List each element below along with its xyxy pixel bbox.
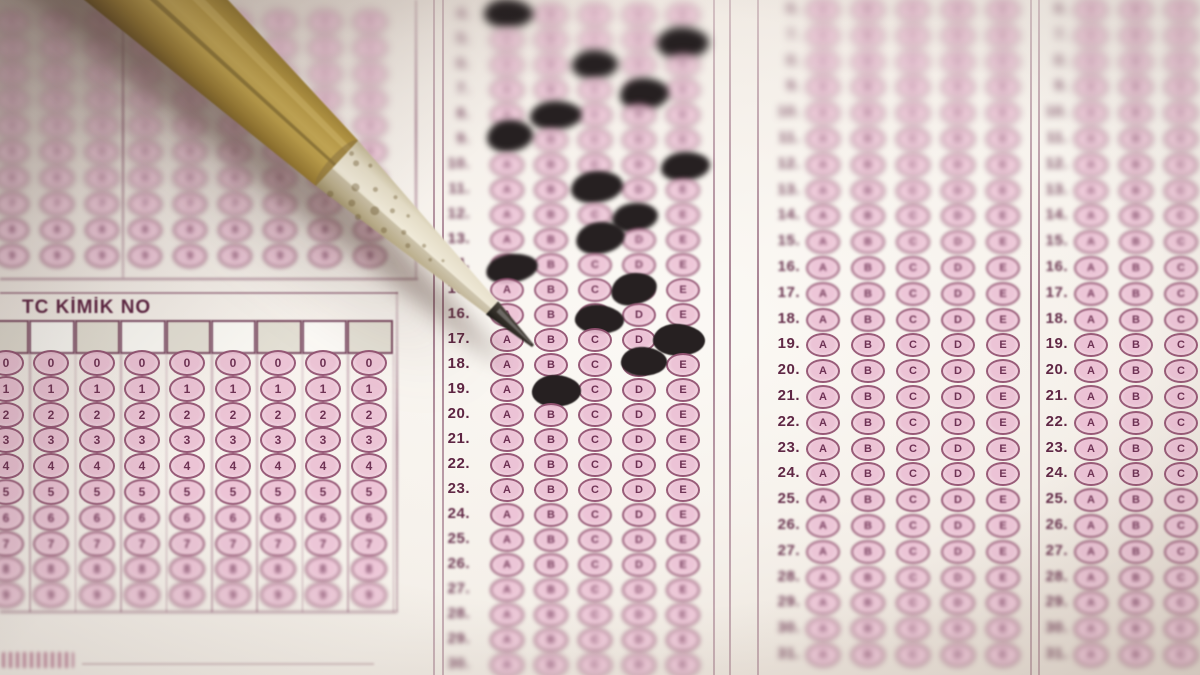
bubble-11-B: B (1119, 127, 1153, 151)
answer-row-number-16: 16. (1022, 258, 1068, 278)
column-divider (433, 0, 435, 675)
bubble-15-A: A (1074, 230, 1108, 254)
bubble-14-C: C (1164, 204, 1198, 228)
bubble-21-B: B (1119, 385, 1153, 409)
bubble-20-A: A (1074, 359, 1108, 383)
answer-row-30: 30.ABC (0, 616, 1200, 642)
answer-row-number-10: 10. (1022, 103, 1068, 123)
bubble-7-C: C (1164, 24, 1198, 48)
footer-rule-line (82, 663, 374, 665)
bubble-28-A: A (1074, 566, 1108, 590)
bubble-30-A: A (1074, 617, 1108, 641)
bubble-29-B: B (1119, 591, 1153, 615)
answer-row-19: 19.ABC (0, 332, 1200, 358)
answer-row-17: 17.ABC (0, 281, 1200, 307)
answer-row-number-11: 11. (1022, 129, 1068, 149)
bubble-28-C: C (1164, 566, 1198, 590)
bubble-25-B: B (1119, 488, 1153, 512)
bubble-21-C: C (1164, 385, 1198, 409)
answer-row-number-26: 26. (1022, 516, 1068, 536)
bubble-21-A: A (1074, 385, 1108, 409)
bubble-15-C: C (1164, 230, 1198, 254)
bubble-19-A: A (1074, 333, 1108, 357)
column-divider (1030, 0, 1032, 675)
bubble-30-B: B (1119, 617, 1153, 641)
answer-row-23: 23.ABC (0, 436, 1200, 462)
footer-print-illegible (2, 652, 74, 668)
bubble-22-A: A (1074, 411, 1108, 435)
answer-row-14: 14.ABC (0, 203, 1200, 229)
answer-row-26: 26.ABC (0, 513, 1200, 539)
answer-row-24: 24.ABC (0, 461, 1200, 487)
bubble-12-B: B (1119, 153, 1153, 177)
answer-row-25: 25.ABC (0, 487, 1200, 513)
bubble-11-A: A (1074, 127, 1108, 151)
answer-row-13: 13.ABC (0, 178, 1200, 204)
bubble-24-B: B (1119, 462, 1153, 486)
bubble-27-B: B (1119, 540, 1153, 564)
bubble-17-B: B (1119, 282, 1153, 306)
bubble-22-C: C (1164, 411, 1198, 435)
bubble-12-C: C (1164, 153, 1198, 177)
answer-row-6: 6.ABC (0, 0, 1200, 23)
bubble-23-A: A (1074, 437, 1108, 461)
answer-row-number-24: 24. (1022, 464, 1068, 484)
bubble-19-B: B (1119, 333, 1153, 357)
bubble-8-A: A (1074, 50, 1108, 74)
bubble-14-A: A (1074, 204, 1108, 228)
bubble-9-A: A (1074, 75, 1108, 99)
answer-row-number-9: 9. (1022, 77, 1068, 97)
bubble-26-B: B (1119, 514, 1153, 538)
bubble-6-B: B (1119, 0, 1153, 22)
answer-row-22: 22.ABC (0, 410, 1200, 436)
bubble-31-A: A (1074, 643, 1108, 667)
answer-row-number-25: 25. (1022, 490, 1068, 510)
bubble-13-B: B (1119, 179, 1153, 203)
answer-row-number-17: 17. (1022, 284, 1068, 304)
answer-row-number-20: 20. (1022, 361, 1068, 381)
answer-row-number-23: 23. (1022, 439, 1068, 459)
answer-row-20: 20.ABC (0, 358, 1200, 384)
bubble-23-C: C (1164, 437, 1198, 461)
answer-row-10: 10.ABC (0, 100, 1200, 126)
bubble-16-A: A (1074, 256, 1108, 280)
answer-row-7: 7.ABC (0, 23, 1200, 49)
bubble-8-B: B (1119, 50, 1153, 74)
bubble-23-B: B (1119, 437, 1153, 461)
bubble-19-C: C (1164, 333, 1198, 357)
bubble-27-A: A (1074, 540, 1108, 564)
bubble-10-C: C (1164, 101, 1198, 125)
bubble-20-C: C (1164, 359, 1198, 383)
bubble-31-C: C (1164, 643, 1198, 667)
bubble-26-C: C (1164, 514, 1198, 538)
answer-row-number-7: 7. (1022, 26, 1068, 46)
answer-row-number-30: 30. (1022, 619, 1068, 639)
answer-row-28: 28.ABC (0, 565, 1200, 591)
answer-row-number-6: 6. (1022, 0, 1068, 20)
bubble-18-C: C (1164, 308, 1198, 332)
bubble-24-C: C (1164, 462, 1198, 486)
column-divider (757, 0, 759, 675)
bubble-17-C: C (1164, 282, 1198, 306)
answer-row-9: 9.ABC (0, 74, 1200, 100)
answer-row-number-14: 14. (1022, 206, 1068, 226)
bubble-17-A: A (1074, 282, 1108, 306)
answer-row-21: 21.ABC (0, 384, 1200, 410)
answer-column-far_right: 6.ABC7.ABC8.ABC9.ABC10.ABC11.ABC12.ABC13… (0, 0, 1200, 675)
column-divider (1038, 0, 1040, 675)
bubble-6-C: C (1164, 0, 1198, 22)
bubble-24-A: A (1074, 462, 1108, 486)
bubble-29-C: C (1164, 591, 1198, 615)
bubble-25-C: C (1164, 488, 1198, 512)
answer-row-number-12: 12. (1022, 155, 1068, 175)
bubble-9-B: B (1119, 75, 1153, 99)
bubble-6-A: A (1074, 0, 1108, 22)
bubble-27-C: C (1164, 540, 1198, 564)
bubble-10-B: B (1119, 101, 1153, 125)
answer-row-8: 8.ABC (0, 49, 1200, 75)
bubble-26-A: A (1074, 514, 1108, 538)
bubble-30-C: C (1164, 617, 1198, 641)
column-divider (713, 0, 715, 675)
answer-row-11: 11.ABC (0, 126, 1200, 152)
bubble-31-B: B (1119, 643, 1153, 667)
bubble-11-C: C (1164, 127, 1198, 151)
answer-row-16: 16.ABC (0, 255, 1200, 281)
bubble-8-C: C (1164, 50, 1198, 74)
bubble-20-B: B (1119, 359, 1153, 383)
answer-row-number-27: 27. (1022, 542, 1068, 562)
answer-row-number-8: 8. (1022, 52, 1068, 72)
bubble-13-C: C (1164, 179, 1198, 203)
answer-row-number-15: 15. (1022, 232, 1068, 252)
answer-row-number-29: 29. (1022, 593, 1068, 613)
photo-omr-answer-sheet: 000111222333444555666777888999 000000111… (0, 0, 1200, 675)
bubble-18-B: B (1119, 308, 1153, 332)
answer-row-number-31: 31. (1022, 645, 1068, 665)
bubble-29-A: A (1074, 591, 1108, 615)
answer-row-number-18: 18. (1022, 310, 1068, 330)
answer-row-29: 29.ABC (0, 590, 1200, 616)
bubble-7-B: B (1119, 24, 1153, 48)
bubble-9-C: C (1164, 75, 1198, 99)
bubble-15-B: B (1119, 230, 1153, 254)
bubble-25-A: A (1074, 488, 1108, 512)
answer-row-12: 12.ABC (0, 152, 1200, 178)
answer-row-number-19: 19. (1022, 335, 1068, 355)
answer-row-number-13: 13. (1022, 181, 1068, 201)
bubble-18-A: A (1074, 308, 1108, 332)
answer-row-number-28: 28. (1022, 568, 1068, 588)
bubble-13-A: A (1074, 179, 1108, 203)
answer-row-18: 18.ABC (0, 307, 1200, 333)
bubble-10-A: A (1074, 101, 1108, 125)
bubble-22-B: B (1119, 411, 1153, 435)
answer-row-15: 15.ABC (0, 229, 1200, 255)
column-divider (442, 0, 444, 675)
bubble-14-B: B (1119, 204, 1153, 228)
answer-row-27: 27.ABC (0, 539, 1200, 565)
answer-row-number-22: 22. (1022, 413, 1068, 433)
column-divider (729, 0, 731, 675)
bubble-16-C: C (1164, 256, 1198, 280)
bubble-12-A: A (1074, 153, 1108, 177)
bubble-28-B: B (1119, 566, 1153, 590)
bubble-16-B: B (1119, 256, 1153, 280)
bubble-7-A: A (1074, 24, 1108, 48)
answer-row-number-21: 21. (1022, 387, 1068, 407)
